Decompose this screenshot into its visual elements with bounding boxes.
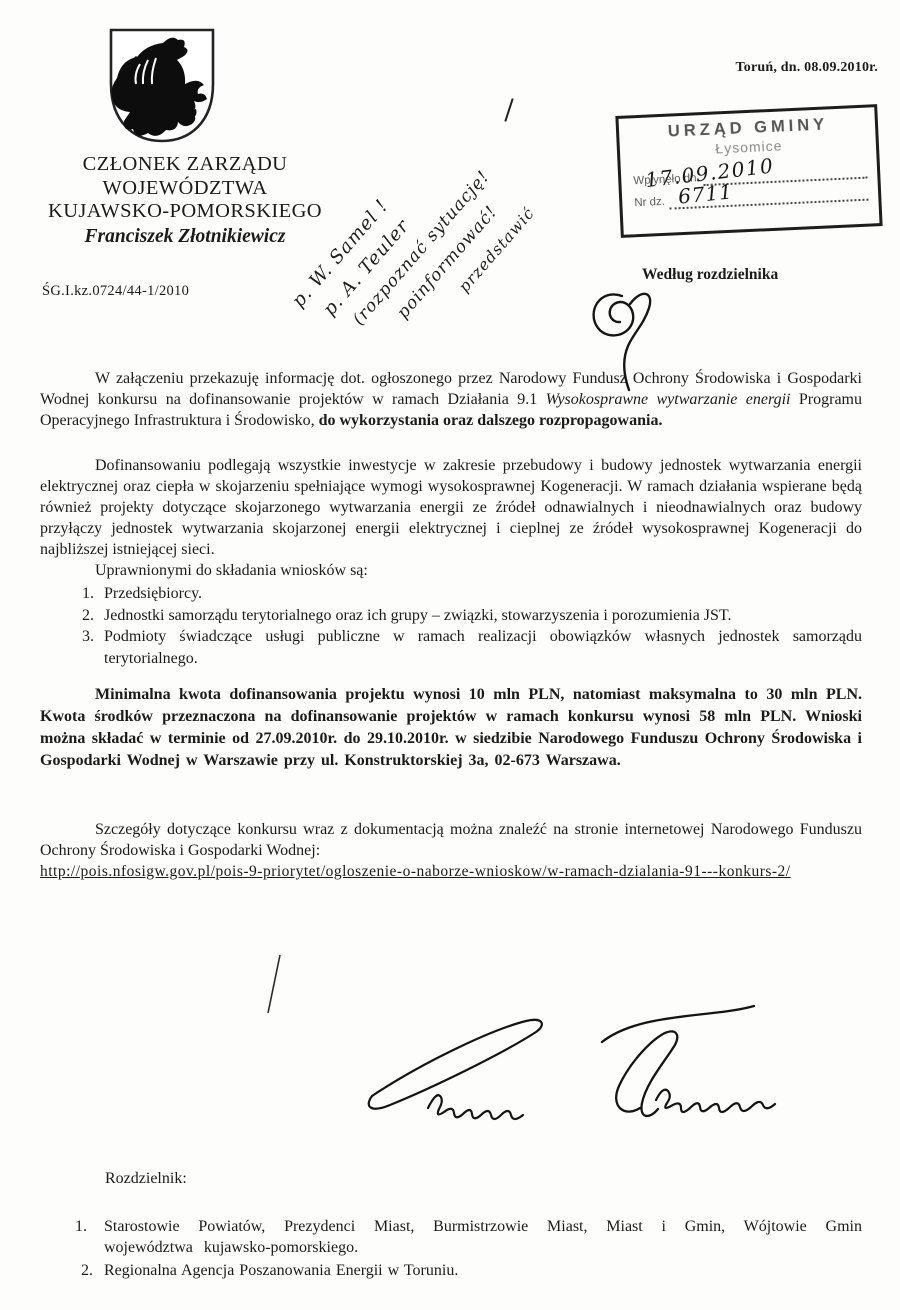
distribution-section: Rozdzielnik: Starostowie Powiatów, Prezy…	[40, 1168, 862, 1281]
signature-handwriting	[340, 992, 860, 1137]
received-stamp: URZĄD GMINY Łysomice Wpłynęło dn. 17.09.…	[615, 104, 882, 238]
sender-title-line3: KUJAWSKO-POMORSKIEGO	[18, 200, 352, 224]
sender-title-line1: CZŁONEK ZARZĄDU	[18, 153, 352, 177]
reference-number: ŚG.I.kz.0724/44-1/2010	[42, 283, 189, 300]
eligible-item: Jednostki samorządu terytorialnego oraz …	[98, 605, 862, 627]
distribution-list: Starostowie Powiatów, Prezydenci Miast, …	[40, 1216, 862, 1282]
distribution-item: Starostowie Powiatów, Prezydenci Miast, …	[98, 1216, 862, 1259]
eligible-list: Przedsiębiorcy. Jednostki samorządu tery…	[40, 583, 862, 669]
sender-title-line2: WOJEWÓDZTWA	[18, 177, 352, 201]
stamp-number-label: Nr dz.	[634, 196, 665, 211]
paragraph-intro-italic: Wysokosprawne wytwarzanie energii	[546, 391, 791, 408]
letter-date: Toruń, dn. 08.09.2010r.	[736, 60, 878, 76]
sender-name: Franciszek Złotnikiewicz	[18, 225, 352, 249]
competition-url: http://pois.nfosigw.gov.pl/pois-9-priory…	[40, 861, 862, 882]
scanned-letter-page: Toruń, dn. 08.09.2010r. CZŁONEK ZARZĄDU …	[0, 0, 900, 1310]
coat-of-arms-eagle-icon	[106, 26, 218, 146]
distribution-item: Regionalna Agencja Poszanowania Energii …	[98, 1260, 862, 1282]
sender-block: CZŁONEK ZARZĄDU WOJEWÓDZTWA KUJAWSKO-POM…	[18, 153, 352, 248]
eligible-item: Przedsiębiorcy.	[98, 583, 862, 605]
eligible-heading: Uprawnionymi do składania wniosków są:	[40, 560, 862, 581]
paragraph-details: Szczegóły dotyczące konkursu wraz z doku…	[40, 819, 862, 861]
paragraph-amounts-bold: Minimalna kwota dofinansowania projektu …	[40, 684, 862, 772]
paragraph-intro-bold: do wykorzystania oraz dalszego rozpropag…	[319, 412, 663, 429]
pen-stroke-artifact	[264, 953, 284, 1015]
eligible-item: Podmioty świadczące usługi publiczne w r…	[98, 626, 862, 669]
distribution-heading: Rozdzielnik:	[105, 1168, 862, 1190]
paragraph-funding-scope: Dofinansowaniu podlegają wszystkie inwes…	[40, 455, 862, 560]
paragraph-intro: W załączeniu przekazuję informację dot. …	[40, 368, 862, 431]
letter-body: W załączeniu przekazuję informację dot. …	[40, 368, 862, 882]
